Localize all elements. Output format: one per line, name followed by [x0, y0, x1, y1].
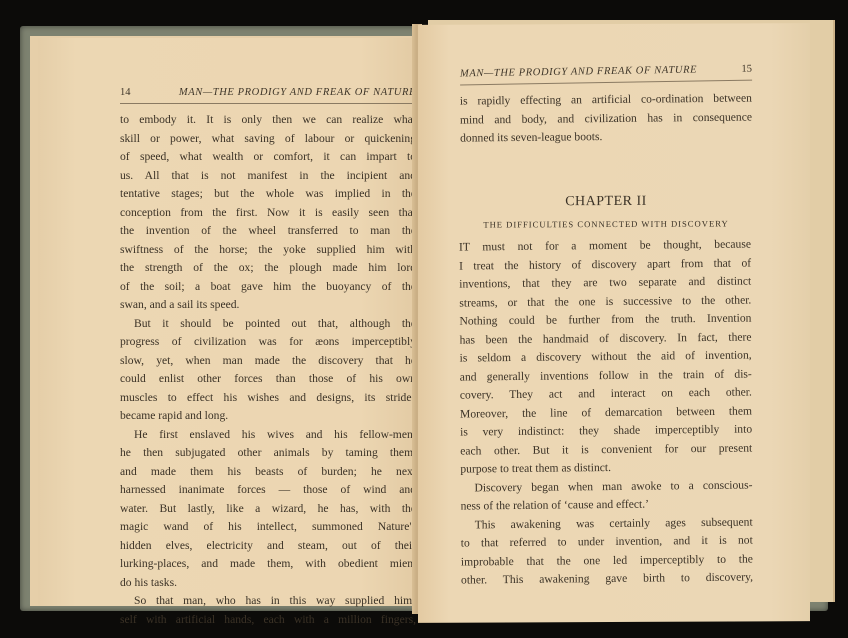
text-line: harnessed inanimate forces — those of wi… [120, 481, 416, 500]
text-line: Discovery began when man awoke to a cons… [460, 476, 752, 498]
text-line: Nothing could be further from the truth.… [459, 310, 751, 332]
text-line: is seldom a discovery without the aid of… [460, 347, 752, 369]
text-line: water. But lastly, like a wizard, he has… [120, 500, 416, 519]
text-line: he then subjugated other animals by tami… [120, 444, 416, 463]
text-line: us. All that is not manifest in the inci… [120, 167, 416, 186]
text-line: skill or power, what saving of labour or… [120, 130, 416, 149]
text-line: magic wand of his intellect, summoned Na… [120, 518, 416, 537]
text-line: lurking-places, and made them, with obed… [120, 555, 416, 574]
text-line: do his tasks. [120, 574, 416, 593]
right-running-head-title: MAN—THE PRODIGY AND FREAK OF NATURE [460, 65, 697, 80]
text-line: self with artificial hands, each with a … [120, 611, 416, 630]
text-line: is very indistinct: they shade impercept… [460, 421, 752, 443]
left-running-head: 14 MAN—THE PRODIGY AND FREAK OF NATURE [120, 87, 416, 104]
text-line: muscles to effect his wishes and designs… [120, 389, 416, 408]
text-line: the invention of the wheel transferred t… [120, 222, 416, 241]
left-page-body: to embody it. It is only then we can rea… [120, 111, 416, 629]
text-line: covery. They act and interact on each ot… [460, 384, 752, 406]
text-line: swan, and a sail its speed. [120, 296, 416, 315]
text-line: He first enslaved his wives and his fell… [120, 426, 416, 445]
text-line: slow, yet, when man made the discovery t… [120, 352, 416, 371]
text-line: the strength of the ox; the plough made … [120, 259, 416, 278]
text-line: So that man, who has in this way supplie… [120, 592, 416, 611]
chapter-title: CHAPTER II [460, 193, 752, 210]
right-page-body: IT must not for a moment be thought, bec… [459, 236, 753, 591]
right-page: MAN—THE PRODIGY AND FREAK OF NATURE 15 i… [418, 23, 810, 623]
text-line: and made them his beasts of burden; he n… [120, 463, 416, 482]
text-line: other. This awakening gave birth to disc… [461, 568, 753, 590]
right-page-number: 15 [741, 64, 752, 75]
text-line: to embody it. It is only then we can rea… [120, 111, 416, 130]
chapter-subtitle: THE DIFFICULTIES CONNECTED WITH DISCOVER… [460, 218, 752, 229]
text-line: each other. But it is convenient for our… [460, 439, 752, 461]
text-line: became rapid and long. [120, 407, 416, 426]
right-running-head: MAN—THE PRODIGY AND FREAK OF NATURE 15 [460, 64, 752, 86]
text-line: could enlist other forces than those of … [120, 370, 416, 389]
text-line: to that referred to under invention, and… [461, 532, 753, 554]
text-line: mind and body, and civilization has in c… [460, 108, 752, 130]
text-line: IT must not for a moment be thought, bec… [459, 236, 751, 258]
left-page-number: 14 [120, 87, 131, 98]
text-line: donned its seven-league boots. [460, 127, 752, 149]
text-line: of the soil; a boat gave him the buoyanc… [120, 278, 416, 297]
text-line: But it should be pointed out that, altho… [120, 315, 416, 334]
left-page: 14 MAN—THE PRODIGY AND FREAK OF NATURE t… [38, 38, 416, 606]
right-page-intro: is rapidly effecting an artificial co-or… [460, 90, 752, 149]
text-line: conception from the first. Now it is eas… [120, 204, 416, 223]
text-line: tentative stages; but the whole was impl… [120, 185, 416, 204]
text-line: progress of civilization was for æons im… [120, 333, 416, 352]
text-line: inventions, that they are two separate a… [459, 273, 751, 295]
text-line: swiftness of the horse; the yoke supplie… [120, 241, 416, 260]
text-line: of speed, what wealth or comfort, it can… [120, 148, 416, 167]
text-line: is rapidly effecting an artificial co-or… [460, 90, 752, 112]
text-line: hidden elves, electricity and steam, out… [120, 537, 416, 556]
left-running-head-title: MAN—THE PRODIGY AND FREAK OF NATURE [179, 87, 416, 98]
